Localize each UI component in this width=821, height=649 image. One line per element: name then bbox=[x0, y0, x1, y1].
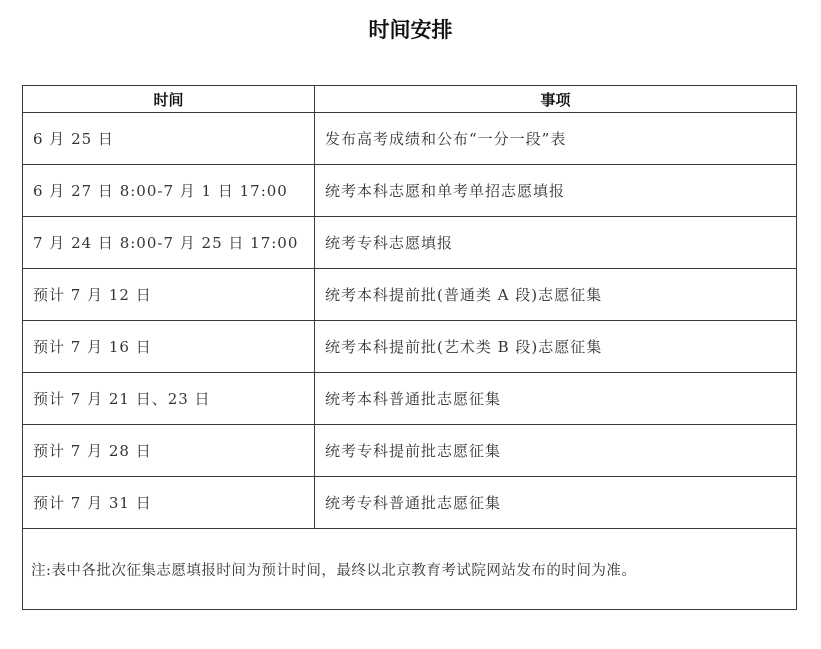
time-cell: 预计 7 月 16 日 bbox=[23, 321, 315, 373]
table-row: 预计 7 月 16 日 统考本科提前批(艺术类 B 段)志愿征集 bbox=[23, 321, 797, 373]
table-row: 6 月 27 日 8:00-7 月 1 日 17:00 统考本科志愿和单考单招志… bbox=[23, 165, 797, 217]
item-cell: 统考本科普通批志愿征集 bbox=[315, 373, 797, 425]
time-cell: 6 月 27 日 8:00-7 月 1 日 17:00 bbox=[23, 165, 315, 217]
schedule-table: 时间 事项 6 月 25 日 发布高考成绩和公布“一分一段”表 6 月 27 日… bbox=[22, 85, 797, 610]
item-cell: 统考本科提前批(艺术类 B 段)志愿征集 bbox=[315, 321, 797, 373]
table-row: 6 月 25 日 发布高考成绩和公布“一分一段”表 bbox=[23, 113, 797, 165]
time-cell: 7 月 24 日 8:00-7 月 25 日 17:00 bbox=[23, 217, 315, 269]
time-cell: 预计 7 月 31 日 bbox=[23, 477, 315, 529]
item-cell: 发布高考成绩和公布“一分一段”表 bbox=[315, 113, 797, 165]
table-header-row: 时间 事项 bbox=[23, 86, 797, 113]
note-row: 注:表中各批次征集志愿填报时间为预计时间，最终以北京教育考试院网站发布的时间为准… bbox=[23, 529, 797, 610]
table-row: 7 月 24 日 8:00-7 月 25 日 17:00 统考专科志愿填报 bbox=[23, 217, 797, 269]
column-header-item: 事项 bbox=[315, 86, 797, 113]
item-cell: 统考专科普通批志愿征集 bbox=[315, 477, 797, 529]
item-cell: 统考专科志愿填报 bbox=[315, 217, 797, 269]
table-row: 预计 7 月 12 日 统考本科提前批(普通类 A 段)志愿征集 bbox=[23, 269, 797, 321]
item-cell: 统考专科提前批志愿征集 bbox=[315, 425, 797, 477]
column-header-time: 时间 bbox=[23, 86, 315, 113]
table-row: 预计 7 月 21 日、23 日 统考本科普通批志愿征集 bbox=[23, 373, 797, 425]
item-cell: 统考本科提前批(普通类 A 段)志愿征集 bbox=[315, 269, 797, 321]
item-cell: 统考本科志愿和单考单招志愿填报 bbox=[315, 165, 797, 217]
time-cell: 预计 7 月 12 日 bbox=[23, 269, 315, 321]
note-text: 注:表中各批次征集志愿填报时间为预计时间，最终以北京教育考试院网站发布的时间为准… bbox=[23, 529, 797, 610]
table-row: 预计 7 月 31 日 统考专科普通批志愿征集 bbox=[23, 477, 797, 529]
time-cell: 预计 7 月 28 日 bbox=[23, 425, 315, 477]
table-row: 预计 7 月 28 日 统考专科提前批志愿征集 bbox=[23, 425, 797, 477]
time-cell: 预计 7 月 21 日、23 日 bbox=[23, 373, 315, 425]
time-cell: 6 月 25 日 bbox=[23, 113, 315, 165]
page-title: 时间安排 bbox=[0, 14, 821, 44]
